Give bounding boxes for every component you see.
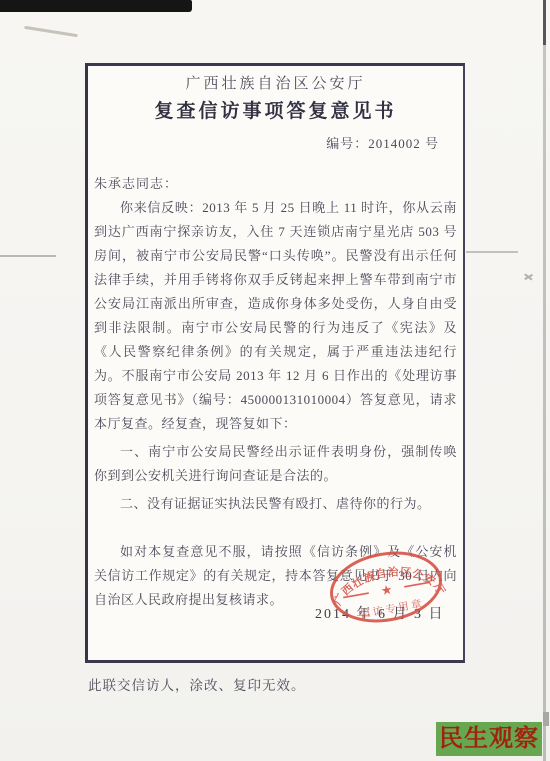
seal-bottom-text: 信访专用章 bbox=[359, 597, 425, 621]
copy-invalid-note: 此联交信访人，涂改、复印无效。 bbox=[88, 674, 306, 694]
document-border-frame: 广西壮族自治区公安厅 复查信访事项答复意见书 编号：2014002 号 朱承志同… bbox=[85, 63, 465, 663]
scan-edge-chip-artifact bbox=[543, 712, 549, 726]
paragraph-reply-item-2: 二、没有证据证实执法民警有殴打、虐待你的行为。 bbox=[94, 492, 457, 516]
issuing-authority: 广西壮族自治区公安厅 bbox=[94, 72, 457, 93]
document-number: 编号：2014002 号 bbox=[94, 133, 457, 152]
right-dash-artifact bbox=[466, 251, 518, 253]
seal-star-icon: ★ bbox=[379, 582, 393, 599]
scanned-document-page: 广西壮族自治区公安厅 复查信访事项答复意见书 编号：2014002 号 朱承志同… bbox=[0, 0, 550, 761]
paragraph-complaint-summary: 你来信反映：2013 年 5 月 25 日晚上 11 时许，你从云南到达广西南宁… bbox=[94, 196, 457, 436]
paragraph-reply-item-1: 一、南宁市公安局民警经出示证件表明身份，强制传唤你到到公安机关进行询问查证是合法… bbox=[94, 440, 457, 488]
scanner-black-bar-artifact bbox=[0, 0, 192, 12]
small-cross-mark-artifact bbox=[524, 272, 533, 281]
document-content: 广西壮族自治区公安厅 复查信访事项答复意见书 编号：2014002 号 朱承志同… bbox=[88, 66, 463, 612]
left-dash-artifact bbox=[0, 255, 56, 257]
minsheng-guancha-watermark: 民生观察 bbox=[436, 722, 542, 756]
pencil-mark-artifact bbox=[24, 26, 78, 37]
scan-edge-line-artifact bbox=[543, 0, 546, 761]
document-title: 复查信访事项答复意见书 bbox=[94, 96, 457, 123]
salutation: 朱承志同志： bbox=[94, 173, 457, 192]
